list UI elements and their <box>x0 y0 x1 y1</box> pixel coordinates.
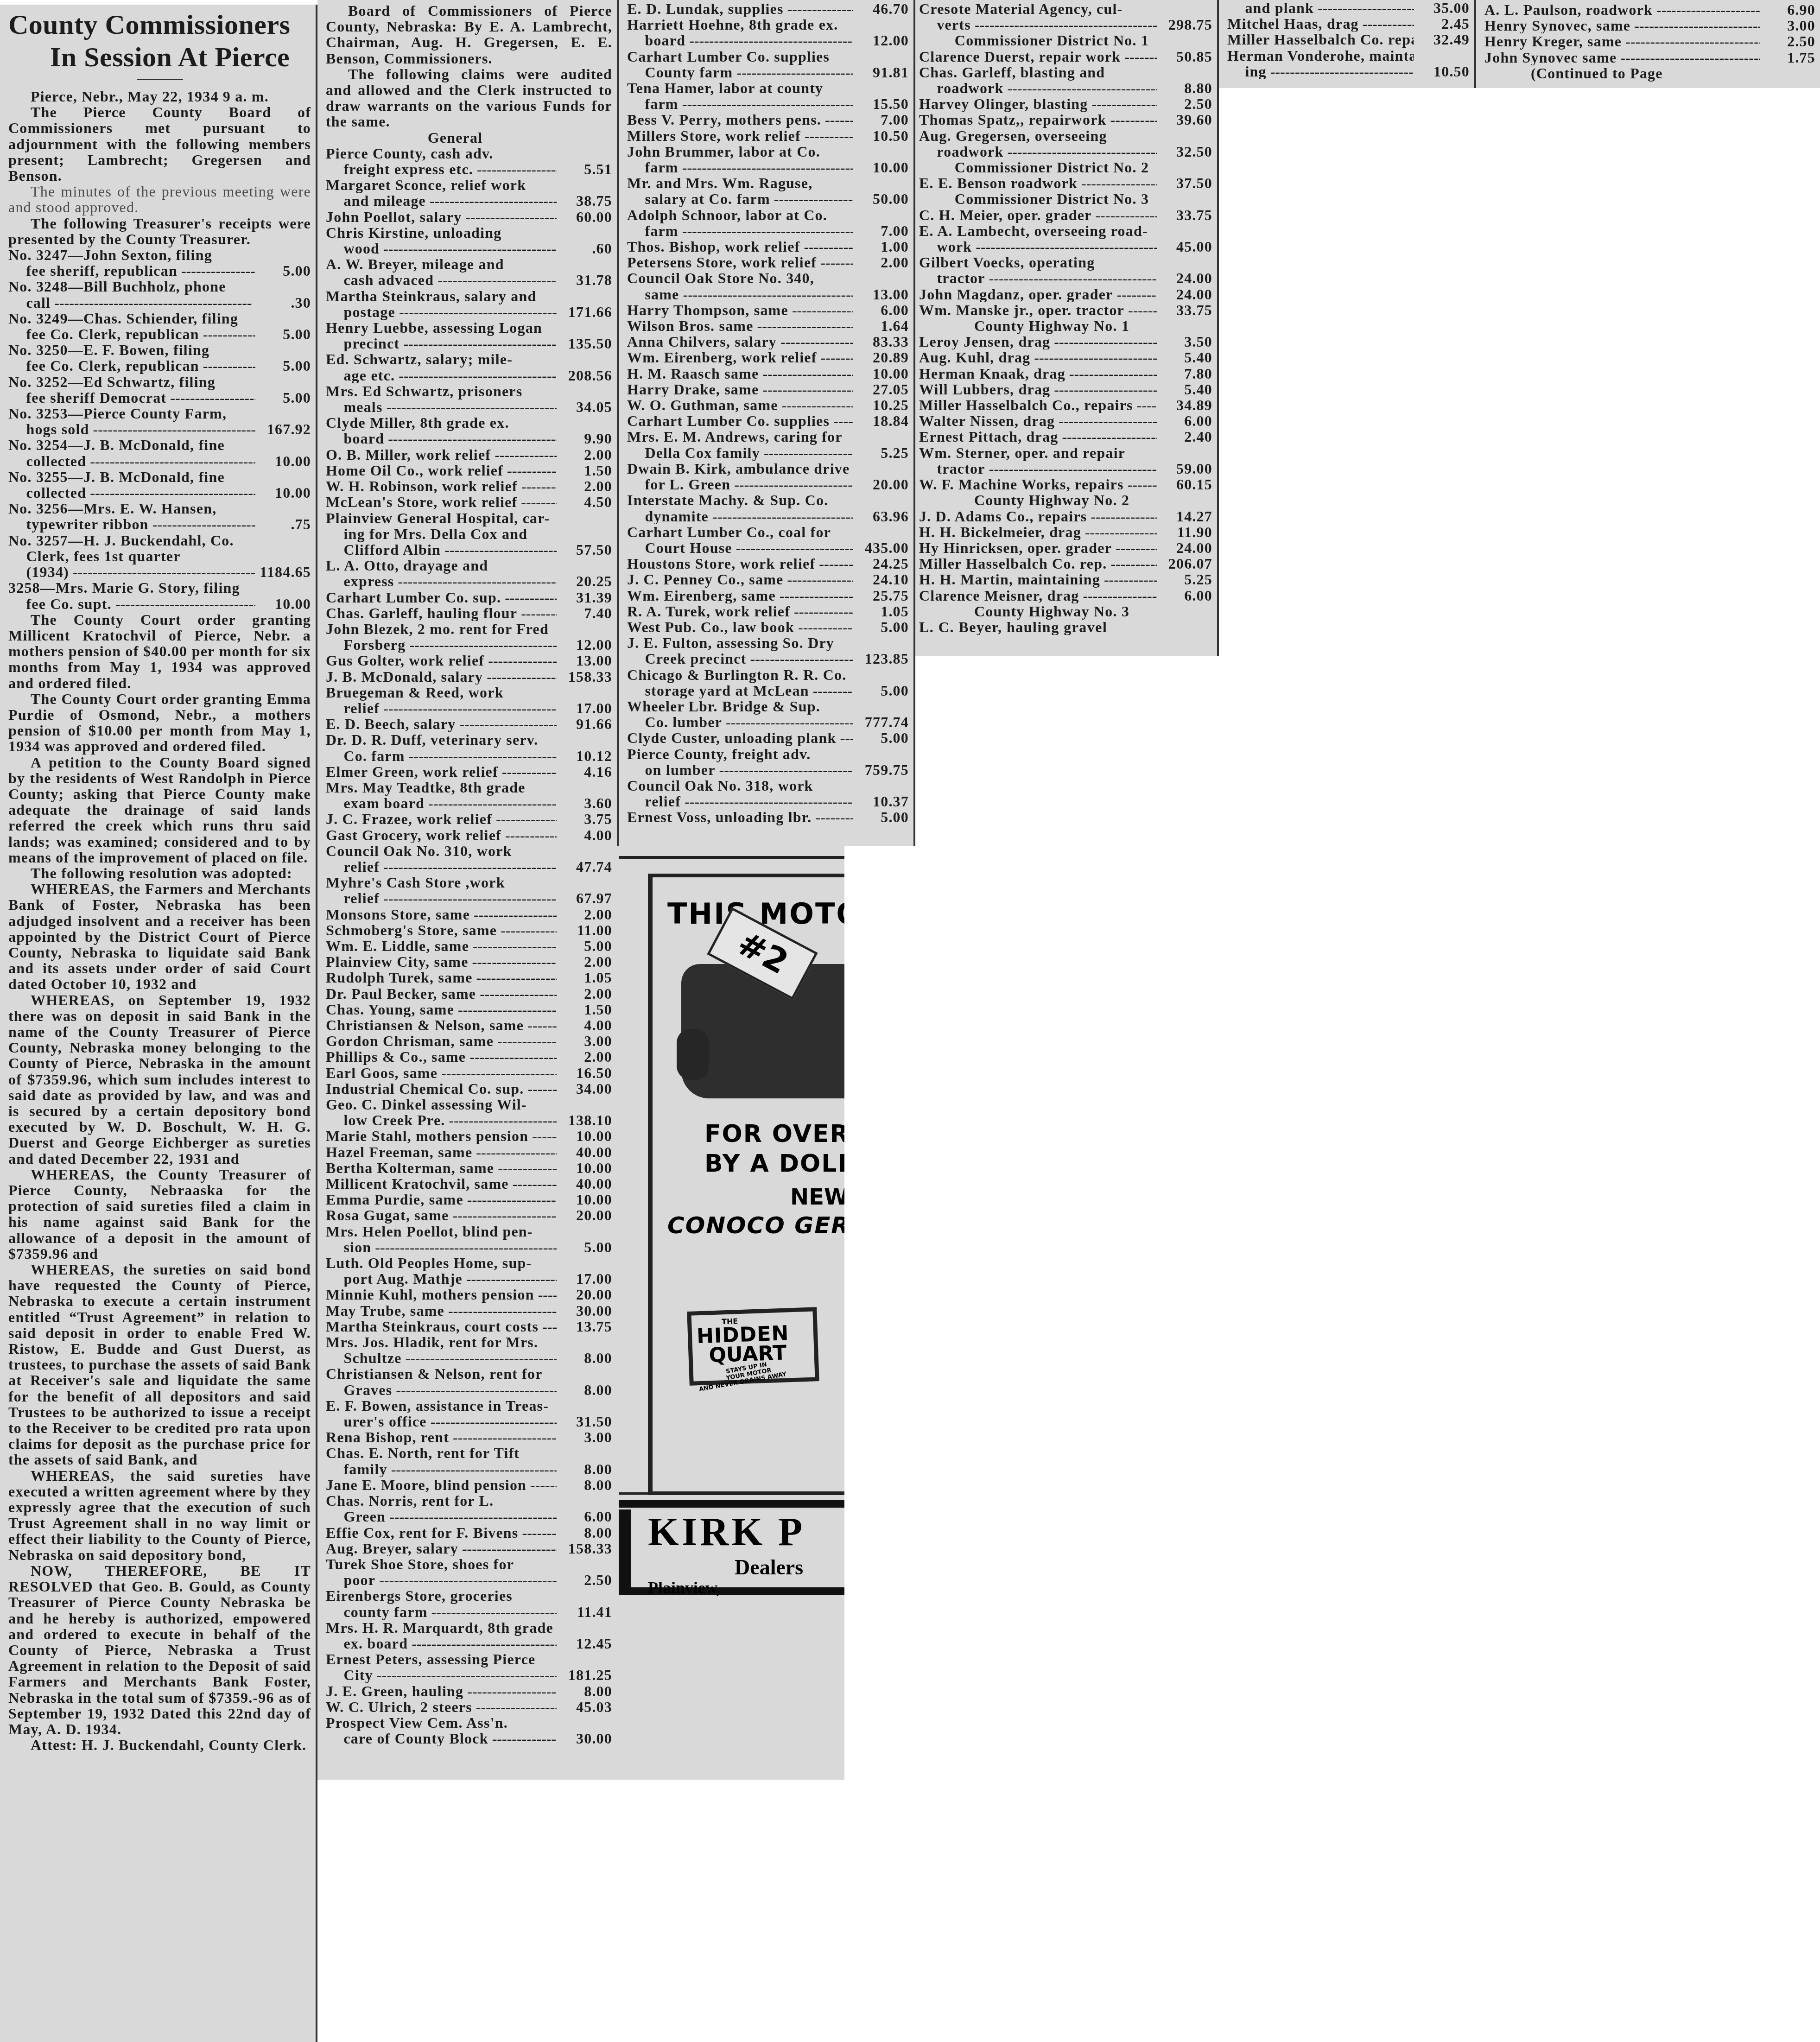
motor-illustration-knob <box>677 1029 709 1080</box>
claim-description: Pierce County, freight adv.on lumber <box>627 746 853 778</box>
claim-description: Council Oak No. 318, workrelief <box>627 778 853 809</box>
claim-description: Christiansen & Nelson, rent forGraves <box>326 1366 557 1397</box>
claim-text-line1: Earl Goos, same <box>326 1065 557 1081</box>
claim-description: Ed. Schwartz, salary; mile-age etc. <box>326 351 557 383</box>
claim-text-line2: sion <box>326 1239 557 1255</box>
claim-description: Geo. C. Dinkel assessing Wil-low Creek P… <box>326 1097 557 1128</box>
claim-text-line2: age etc. <box>326 368 557 383</box>
claim-description: Carhart Lumber Co. suppliesCounty farm <box>627 49 853 80</box>
claim-text-line1: Wm. Sterner, oper. and repair <box>919 445 1157 461</box>
claim-description: Clarence Duerst, repair work <box>919 49 1157 64</box>
claim-text-line2: for L. Green <box>627 476 853 492</box>
claim-text-line1: Marie Stahl, mothers pension <box>326 1128 557 1144</box>
claim-row: No. 3257—H. J. Buckendahl, Co.Clerk, fee… <box>8 533 311 580</box>
claim-description: 3258—Mrs. Marie G. Story, filingfee Co. … <box>8 580 255 611</box>
claim-amount: 777.74 <box>853 714 909 730</box>
claim-amount: 10.00 <box>853 366 909 381</box>
claim-row: Carhart Lumber Co. suppliesCounty farm91… <box>627 49 909 80</box>
claim-amount: 11.90 <box>1157 524 1212 540</box>
claim-amount: 3.00 <box>557 1033 612 1049</box>
claim-description: Chas. Garleff, hauling flour <box>326 605 557 621</box>
claim-text-line1: Margaret Sconce, relief work <box>326 177 557 193</box>
claim-description: John Brummer, labor at Co.farm <box>627 144 853 175</box>
claim-amount: 25.75 <box>853 588 909 603</box>
claim-amount: 5.00 <box>255 326 311 342</box>
claim-description: John Synovec same <box>1484 50 1760 65</box>
claim-row: Emma Purdie, same10.00 <box>326 1192 612 1207</box>
claim-text-line2: storage yard at McLean <box>627 683 853 698</box>
claim-text-line1: Turek Shoe Store, shoes for <box>326 1556 557 1572</box>
claim-row: H. H. Bickelmeier, drag11.90 <box>919 524 1212 540</box>
claim-amount: 135.50 <box>557 336 612 351</box>
claim-row: Luth. Old Peoples Home, sup-port Aug. Ma… <box>326 1255 612 1287</box>
claim-description: Schmoberg's Store, same <box>326 922 557 938</box>
claim-text-line1: McLean's Store, work relief <box>326 494 557 510</box>
claim-text-line1: Gast Grocery, work relief <box>326 827 557 843</box>
claim-text-line2: Co. farm <box>326 748 557 764</box>
claim-amount: 138.10 <box>557 1112 612 1128</box>
claim-description: H. M. Raasch same <box>627 366 853 381</box>
claim-text-line1: Dwain B. Kirk, ambulance drive <box>627 461 853 476</box>
claim-text-line1: Wilson Bros. same <box>627 318 853 334</box>
claim-amount: 34.05 <box>557 399 612 415</box>
road-claims-list-final: A. L. Paulson, roadwork6.90Henry Synovec… <box>1484 2 1815 65</box>
claim-amount: .75 <box>255 516 311 532</box>
claim-amount: 208.56 <box>557 368 612 383</box>
claim-text-line1: J. B. McDonald, salary <box>326 669 557 685</box>
claim-text-line1: E. F. Bowen, assistance in Treas- <box>326 1398 557 1414</box>
claim-description: J. C. Frazee, work relief <box>326 811 557 827</box>
claim-row: Clarence Meisner, drag6.00 <box>919 588 1212 603</box>
claim-row: Mitchel Haas, drag2.45 <box>1227 16 1470 32</box>
claim-amount: 1.50 <box>557 1002 612 1017</box>
claim-row: Gilbert Voecks, operatingtractor24.00 <box>919 254 1212 286</box>
claim-amount: 8.80 <box>1157 80 1212 96</box>
claim-amount: 24.00 <box>1157 286 1212 302</box>
claim-row: Miller Hasselbalch Co. repairs32.49 <box>1227 32 1470 47</box>
claim-row: R. A. Turek, work relief1.05 <box>627 603 909 619</box>
claim-text-line2: fee Co. Clerk, republican <box>8 358 255 374</box>
claim-text-line1: May Trube, same <box>326 1303 557 1319</box>
claim-row: E. E. Benson roadwork37.50 <box>919 175 1212 191</box>
claim-text-line2: postage <box>326 304 557 320</box>
claim-row: Ernest Pittach, drag2.40 <box>919 429 1212 444</box>
ad-subheadline: FOR OVER BY A DOLLA <box>704 1119 844 1179</box>
claim-amount: 8.00 <box>557 1477 612 1493</box>
claim-text-line1: W. C. Ulrich, 2 steers <box>326 1699 557 1715</box>
claim-description: Marie Stahl, mothers pension <box>326 1128 557 1144</box>
claim-amount: 24.10 <box>853 571 909 587</box>
claim-amount: 13.75 <box>557 1319 612 1334</box>
claim-row: West Pub. Co., law book5.00 <box>627 619 909 635</box>
claim-text-line1: No. 3248—Bill Buchholz, phone <box>8 279 255 294</box>
claim-amount: 759.75 <box>853 762 909 778</box>
claim-description: J. E. Fulton, assessing So. DryCreek pre… <box>627 635 853 666</box>
resolution-paragraph: WHEREAS, the Farmers and Merchants Bank … <box>8 881 311 992</box>
resolution-paragraph: The following resolution was adopted: <box>8 865 311 881</box>
claim-description: Chas. Garleff, blasting androadwork <box>919 64 1157 96</box>
claim-row: Eirenbergs Store, groceriescounty farm11… <box>326 1588 612 1619</box>
claim-row: Wm. Eirenberg, work relief20.89 <box>627 349 909 365</box>
claim-text-line1: Henry Kreger, same <box>1484 33 1760 49</box>
claim-text-line1: Rena Bishop, rent <box>326 1429 557 1445</box>
claim-row: E. D. Beech, salary91.66 <box>326 716 612 732</box>
claim-row: No. 3252—Ed Schwartz, filingfee sheriff … <box>8 374 311 406</box>
claim-row: No. 3249—Chas. Schiender, filingfee Co. … <box>8 311 311 342</box>
claim-row: J. D. Adams Co., repairs14.27 <box>919 508 1212 524</box>
claim-text-line1: J. E. Fulton, assessing So. Dry <box>627 635 853 651</box>
claim-text-line1: Carhart Lumber Co. supplies <box>627 49 853 64</box>
claim-amount: 2.45 <box>1414 16 1470 32</box>
claim-text-line2: typewriter ribbon <box>8 516 255 532</box>
claim-text-line1: Mrs. May Teadtke, 8th grade <box>326 780 557 795</box>
article-column-1: County Commissioners In Session At Pierc… <box>0 5 317 2042</box>
claim-amount: 10.00 <box>255 453 311 469</box>
claim-text-line2: care of County Block <box>326 1731 557 1746</box>
claim-description: W. F. Machine Works, repairs <box>919 476 1157 492</box>
claim-amount: 435.00 <box>853 540 909 556</box>
claim-row: Miller Hasselbalch Co. rep.206.07 <box>919 556 1212 571</box>
claim-text-line3: (1934) <box>8 564 255 580</box>
claim-text-line1: John Synovec same <box>1484 50 1760 65</box>
claim-amount: 13.00 <box>853 286 909 302</box>
claim-text-line1: Ed. Schwartz, salary; mile- <box>326 351 557 367</box>
claim-text-line1: Henry Luebbe, assessing Logan <box>326 320 557 336</box>
claim-description: Phillips & Co., same <box>326 1049 557 1065</box>
claim-row: J. C. Frazee, work relief3.75 <box>326 811 612 827</box>
claim-description: Henry Kreger, same <box>1484 33 1760 49</box>
claim-row: Myhre's Cash Store ,workrelief67.97 <box>326 875 612 906</box>
claim-description: Walter Nissen, drag <box>919 413 1157 429</box>
claim-text-line1: Elmer Green, work relief <box>326 764 557 780</box>
claim-description: Wm. E. Liddle, same <box>326 938 557 954</box>
claim-description: Carhart Lumber Co. supplies <box>627 413 853 429</box>
claim-text-line1: Harry Drake, same <box>627 381 853 397</box>
claim-row: Mrs. May Teadtke, 8th gradeexam board3.6… <box>326 780 612 811</box>
claim-amount: 91.81 <box>853 64 909 80</box>
claim-description: No. 3248—Bill Buchholz, phonecall <box>8 279 255 310</box>
claim-description: Houstons Store, work relief <box>627 556 853 571</box>
claim-text-line1: Mrs. Ed Schwartz, prisoners <box>326 383 557 399</box>
claim-row: Henry Kreger, same2.50 <box>1484 33 1815 49</box>
claim-amount: 10.00 <box>255 485 311 501</box>
claim-description: L. A. Otto, drayage andexpress <box>326 558 557 589</box>
claim-amount: 1.05 <box>557 970 612 985</box>
claim-row: Adolph Schnoor, labor at Co.farm7.00 <box>627 207 909 239</box>
claim-amount: 5.00 <box>853 619 909 635</box>
claim-description: Chas. Young, same <box>326 1002 557 1017</box>
claim-amount: 10.00 <box>853 159 909 175</box>
claim-text-line2: family <box>326 1461 557 1477</box>
board-signature: Board of Commissioners of Pierce County,… <box>326 3 612 66</box>
claim-text-line2: same <box>627 286 853 302</box>
claim-amount: 6.90 <box>1760 2 1815 18</box>
claim-description: Herman Vonderohe, maintain-ing <box>1227 48 1414 79</box>
claim-text-line2: Schultze <box>326 1350 557 1366</box>
claim-row: Martha Steinkraus, court costs13.75 <box>326 1319 612 1334</box>
claim-amount: 10.50 <box>1414 63 1470 79</box>
claim-amount: 10.00 <box>255 596 311 612</box>
resolution-paragraph: A petition to the County Board signed by… <box>8 755 311 865</box>
claim-text-line1: Martha Steinkraus, court costs <box>326 1319 557 1334</box>
claim-row: Chris Kirstine, unloadingwood.60 <box>326 225 612 256</box>
claim-description: West Pub. Co., law book <box>627 619 853 635</box>
claim-row: Earl Goos, same16.50 <box>326 1065 612 1081</box>
claim-description: Aug. Kuhl, drag <box>919 349 1157 365</box>
claim-text-line1: Walter Nissen, drag <box>919 413 1157 429</box>
claim-amount: 30.00 <box>557 1731 612 1746</box>
ad-separator <box>619 1492 844 1495</box>
claim-description: and plank <box>1227 0 1414 16</box>
claim-text-line2: fee Co. Clerk, republican <box>8 326 255 342</box>
claim-description: Mrs. E. M. Andrews, caring forDella Cox … <box>627 429 853 460</box>
claim-description: Martha Steinkraus, court costs <box>326 1319 557 1334</box>
claim-text-line1: Carhart Lumber Co., coal for <box>627 524 853 540</box>
claim-description: Council Oak No. 310, workrelief <box>326 843 557 875</box>
claim-description: No. 3255—J. B. McDonald, finecollected <box>8 469 255 501</box>
claim-description: Bruegeman & Reed, workrelief <box>326 685 557 716</box>
claim-amount: 5.40 <box>1157 349 1212 365</box>
claim-row: Gast Grocery, work relief4.00 <box>326 827 612 843</box>
claim-description: Millicent Kratochvil, same <box>326 1176 557 1192</box>
road-claims-list-continued: and plank35.00Mitchel Haas, drag2.45Mill… <box>1227 0 1470 79</box>
claim-amount: 11.00 <box>557 922 612 938</box>
claim-amount: 1.75 <box>1760 50 1815 65</box>
claim-amount: 34.00 <box>557 1081 612 1097</box>
claim-row: Chas. Garleff, blasting androadwork8.80 <box>919 64 1212 96</box>
claim-description: Gast Grocery, work relief <box>326 827 557 843</box>
claim-description: Plainview City, same <box>326 954 557 970</box>
claim-text-line1: Chris Kirstine, unloading <box>326 225 557 241</box>
claim-row: Turek Shoe Store, shoes forpoor2.50 <box>326 1556 612 1588</box>
claim-amount: 20.00 <box>853 476 909 492</box>
claim-amount: 10.00 <box>557 1128 612 1144</box>
claim-row: W. C. Ulrich, 2 steers45.03 <box>326 1699 612 1715</box>
claim-row: Miller Hasselbalch Co., repairs34.89 <box>919 397 1212 413</box>
claim-description: No. 3257—H. J. Buckendahl, Co.Clerk, fee… <box>8 533 255 580</box>
claim-amount: 5.00 <box>853 683 909 698</box>
claim-description: May Trube, same <box>326 1303 557 1319</box>
claim-amount: 91.66 <box>557 716 612 732</box>
claim-description: Mrs. Jos. Hladik, rent for Mrs.Schultze <box>326 1334 557 1366</box>
claim-amount: 35.00 <box>1414 0 1470 16</box>
claim-amount: 5.00 <box>255 358 311 374</box>
claim-description: Elmer Green, work relief <box>326 764 557 780</box>
claim-amount: 7.40 <box>557 605 612 621</box>
claim-amount: 158.33 <box>557 1541 612 1556</box>
claim-text-line1: Bruegeman & Reed, work <box>326 685 557 700</box>
claim-row: Harvey Olinger, blasting2.50 <box>919 96 1212 112</box>
claim-text-line1: No. 3250—E. F. Bowen, filing <box>8 342 255 358</box>
claim-description: Gilbert Voecks, operatingtractor <box>919 254 1157 286</box>
ad-new-text: NEW <box>790 1184 844 1210</box>
claim-row: A. L. Paulson, roadwork6.90 <box>1484 2 1815 18</box>
claim-description: Leroy Jensen, drag <box>919 334 1157 349</box>
claim-description: R. A. Turek, work relief <box>627 603 853 619</box>
claim-amount: 12.00 <box>557 637 612 653</box>
claim-row: Chas. E. North, rent for Tiftfamily8.00 <box>326 1445 612 1477</box>
claim-text-line1: John Magdanz, oper. grader <box>919 286 1157 302</box>
claim-row: Cresote Material Agency, cul-verts298.75 <box>919 1 1212 32</box>
claim-description: Harry Drake, same <box>627 381 853 397</box>
resolution-paragraph: The County Court order granting Millicen… <box>8 612 311 691</box>
claim-description: E. D. Beech, salary <box>326 716 557 732</box>
claim-text-line1: Emma Purdie, same <box>326 1192 557 1207</box>
claim-text-line1: Herman Knaak, drag <box>919 366 1157 381</box>
claim-text-line2: farm <box>627 159 853 175</box>
claim-amount: 18.84 <box>853 413 909 429</box>
claim-text-line1: No. 3247—John Sexton, filing <box>8 247 255 263</box>
claim-row: John Blezek, 2 mo. rent for FredForsberg… <box>326 621 612 653</box>
claim-text-line2: fee sheriff Democrat <box>8 390 255 406</box>
claim-text-line1: J. C. Frazee, work relief <box>326 811 557 827</box>
claim-description: No. 3253—Pierce County Farm,hogs sold <box>8 406 255 437</box>
claim-text-line1: Millers Store, work relief <box>627 128 853 144</box>
claim-description: J. B. McDonald, salary <box>326 669 557 685</box>
claim-text-line1: W. F. Machine Works, repairs <box>919 476 1157 492</box>
section-heading-highway-2: County Highway No. 2 <box>919 492 1212 508</box>
claim-row: John Brummer, labor at Co.farm10.00 <box>627 144 909 175</box>
claim-amount: 50.00 <box>853 191 909 207</box>
claim-amount: 167.92 <box>255 421 311 437</box>
claim-description: Wheeler Lbr. Bridge & Sup.Co. lumber <box>627 698 853 730</box>
claim-text-line1: No. 3255—J. B. McDonald, fine <box>8 469 255 485</box>
claim-description: Interstate Machy. & Sup. Co.dynamite <box>627 492 853 524</box>
claim-row: Harriett Hoehne, 8th grade ex.board12.00 <box>627 17 909 48</box>
claim-row: Plainview General Hospital, car-ing for … <box>326 510 612 558</box>
claim-amount: 3.00 <box>1760 18 1815 33</box>
claim-text-line1: Chas. E. North, rent for Tift <box>326 1445 557 1461</box>
claim-row: Will Lubbers, drag5.40 <box>919 381 1212 397</box>
claim-amount: 5.00 <box>255 390 311 406</box>
claim-amount: 31.78 <box>557 272 612 288</box>
claim-amount: .30 <box>255 295 311 311</box>
claim-text-line2: express <box>326 573 557 589</box>
claim-amount: 10.37 <box>853 793 909 809</box>
claim-text-line1: Carhart Lumber Co. supplies <box>627 413 853 429</box>
claim-text-line2: roadwork <box>919 80 1157 96</box>
claim-text-line2: Forsberg <box>326 637 557 653</box>
claim-description: Effie Cox, rent for F. Bivens <box>326 1525 557 1541</box>
claim-description: E. A. Lambecht, overseeing road-work <box>919 223 1157 254</box>
claim-row: Interstate Machy. & Sup. Co.dynamite63.9… <box>627 492 909 524</box>
claim-text-line2: wood <box>326 241 557 256</box>
claim-text-line1: H. M. Raasch same <box>627 366 853 381</box>
article-column-5: and plank35.00Mitchel Haas, drag2.45Mill… <box>1219 0 1476 88</box>
resolution-body: The County Court order granting Millicen… <box>8 612 311 1753</box>
claim-text-line1: John Blezek, 2 mo. rent for Fred <box>326 621 557 637</box>
claim-description: Thomas Spatz,, repairwork <box>919 112 1157 127</box>
claim-text-partial: L. C. Beyer, hauling gravel <box>919 619 1212 635</box>
claim-row: Carhart Lumber Co., coal forCourt House4… <box>627 524 909 556</box>
claim-text-line1: Council Oak Store No. 340, <box>627 270 853 286</box>
claim-description: Chicago & Burlington R. R. Co.storage ya… <box>627 667 853 698</box>
claim-description: A. W. Breyer, mileage andcash advaced <box>326 256 557 288</box>
claim-row: Ernest Voss, unloading lbr.5.00 <box>627 809 909 825</box>
claim-text-line1: Mrs. E. M. Andrews, caring for <box>627 429 853 444</box>
claim-row: E. A. Lambecht, overseeing road-work45.0… <box>919 223 1212 254</box>
claim-text-line2: call <box>8 295 255 311</box>
claim-row: Carhart Lumber Co. sup.31.39 <box>326 590 612 605</box>
claim-text-line1: Clyde Miller, 8th grade ex. <box>326 415 557 431</box>
resolution-paragraph: The County Court order granting Emma Pur… <box>8 691 311 755</box>
claim-text-line1: John Brummer, labor at Co. <box>627 144 853 159</box>
claim-row: Henry Synovec, same3.00 <box>1484 18 1815 33</box>
claim-amount: 5.00 <box>255 263 311 279</box>
claim-text-line2: poor <box>326 1572 557 1588</box>
claim-row: Walter Nissen, drag6.00 <box>919 413 1212 429</box>
claim-description: W. H. Robinson, work relief <box>326 478 557 494</box>
claim-row: No. 3250—E. F. Bowen, filingfee Co. Cler… <box>8 342 311 374</box>
claim-text-line2: precinct <box>326 336 557 351</box>
claim-amount: 24.25 <box>853 556 909 571</box>
claim-amount: 10.00 <box>557 1160 612 1176</box>
claim-text-line1: H. H. Martin, maintaining <box>919 571 1157 587</box>
claim-description: Wm. Eirenberg, same <box>627 588 853 603</box>
claim-amount: 33.75 <box>1157 207 1212 223</box>
claim-text-line1: Chas. Garleff, blasting and <box>919 64 1157 80</box>
claim-row: Millers Store, work relief10.50 <box>627 128 909 144</box>
claim-amount: 39.60 <box>1157 112 1212 127</box>
claim-row: Mrs. E. M. Andrews, caring forDella Cox … <box>627 429 909 460</box>
claim-row: 3258—Mrs. Marie G. Story, filingfee Co. … <box>8 580 311 611</box>
claim-amount: 5.25 <box>853 445 909 461</box>
claim-row: No. 3254—J. B. McDonald, finecollected10… <box>8 437 311 469</box>
claim-row: Herman Knaak, drag7.80 <box>919 366 1212 381</box>
claim-row: Chas. Young, same1.50 <box>326 1002 612 1017</box>
claim-amount: 63.96 <box>853 508 909 524</box>
claim-row: Mrs. Helen Poellot, blind pen-sion5.00 <box>326 1224 612 1255</box>
claim-text-line1: Martha Steinkraus, salary and <box>326 288 557 304</box>
claim-description: W. O. Guthman, same <box>627 397 853 413</box>
claim-description: E. F. Bowen, assistance in Treas-urer's … <box>326 1398 557 1429</box>
claim-amount: 33.75 <box>1157 302 1212 318</box>
claim-description: Gordon Chrisman, same <box>326 1033 557 1049</box>
section-heading-general: General <box>326 130 612 146</box>
claim-row: W. F. Machine Works, repairs60.15 <box>919 476 1212 492</box>
claim-amount: 10.12 <box>557 748 612 764</box>
claim-amount: 1.64 <box>853 318 909 334</box>
claim-text-line1: Chas. Garleff, hauling flour <box>326 605 557 621</box>
claim-amount: 32.50 <box>1157 144 1212 159</box>
kirk-ad-dealers: Dealers <box>735 1555 803 1579</box>
resolution-paragraph: WHEREAS, on September 19, 1932 there was… <box>8 992 311 1167</box>
claim-text-line1: Hazel Freeman, same <box>326 1144 557 1160</box>
claim-row: Millicent Kratochvil, same40.00 <box>326 1176 612 1192</box>
intro-paragraph: The Pierce County Board of Commissioners… <box>8 104 311 184</box>
claim-text-line1: Carhart Lumber Co. sup. <box>326 590 557 605</box>
claim-text-line2: dynamite <box>627 508 853 524</box>
claim-row: Tena Hamer, labor at countyfarm15.50 <box>627 80 909 112</box>
claim-text-line1: Aug. Gregersen, overseeing <box>919 128 1157 144</box>
claim-amount: 2.50 <box>1760 33 1815 49</box>
claim-amount: 45.00 <box>1157 239 1212 254</box>
claim-text-line1: Eirenbergs Store, groceries <box>326 1588 557 1604</box>
claim-text-line1: Henry Synovec, same <box>1484 18 1760 33</box>
claim-row: John Synovec same1.75 <box>1484 50 1815 65</box>
claim-text-line1: Bess V. Perry, mothers pens. <box>627 112 853 127</box>
claim-row: Harry Drake, same27.05 <box>627 381 909 397</box>
claim-text-line1: Home Oil Co., work relief <box>326 463 557 478</box>
claim-text-line1: Gus Golter, work relief <box>326 653 557 668</box>
claim-description: Pierce County, cash adv.freight express … <box>326 146 557 177</box>
claim-text-line1: Phillips & Co., same <box>326 1049 557 1065</box>
claim-amount: 20.25 <box>557 573 612 589</box>
claim-text-line1: H. H. Bickelmeier, drag <box>919 524 1157 540</box>
continued-notice: (Continued to Page <box>1484 65 1815 81</box>
claim-row: Mrs. H. R. Marquardt, 8th gradeex. board… <box>326 1620 612 1651</box>
claim-text-line1: Miller Hasselbalch Co. rep. <box>919 556 1157 571</box>
